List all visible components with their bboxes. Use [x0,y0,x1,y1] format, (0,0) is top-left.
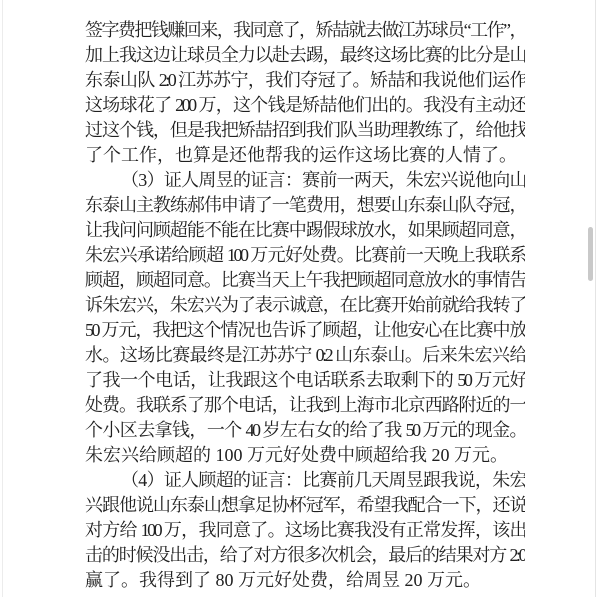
text-line: 水。这场比赛最终是江苏苏宁 0:2 山东泰山。后来朱宏兴给 [85,343,525,368]
text-line: 朱宏兴承诺给顾超 100 万元好处费。比赛前一天晚上我联系 [85,243,525,268]
text-line: 加上我这边让球员全力以赴去踢，最终这场比赛的比分是山 [85,43,525,68]
text-line: 了我一个电话，让我跟这个电话联系去取剩下的 50 万元好 [85,368,525,393]
text-line: 兴跟他说山东泰山想拿足协杯冠军，希望我配合一下，还说 [85,493,525,518]
text-line: 签字费把钱赚回来，我同意了，矫喆就去做江苏球员“工作”， [85,18,525,43]
document-viewport: 签字费把钱赚回来，我同意了，矫喆就去做江苏球员“工作”， 加上我这边让球员全力以… [0,0,600,597]
page-left-border [2,0,3,597]
text-line: 处费。我联系了那个电话，让我到上海市北京西路附近的一 [85,393,525,418]
scrollbar-thumb[interactable] [588,227,593,281]
text-line: 朱宏兴给顾超的 100 万元好处费中顾超给我 20 万元。 [85,443,525,468]
page-right-border [595,0,596,597]
text-line: 对方给 100 万，我同意了。这场比赛我没有正常发挥，该出 [85,518,525,543]
text-line: （4）证人顾超的证言：比赛前几天周昱跟我说，朱宏 [85,468,525,493]
text-line: 击的时候没出击，给了对方很多次机会，最后的结果对方 2:0 [85,543,525,568]
text-line: 50 万元，我把这个情况也告诉了顾超，让他安心在比赛中放 [85,318,525,343]
text-line: 个小区去拿钱，一个 40 岁左右女的给了我 50 万元的现金。 [85,418,525,443]
text-line: 了个工作，也算是还他帮我的运作这场比赛的人情了。 [85,143,525,168]
document-text: 签字费把钱赚回来，我同意了，矫喆就去做江苏球员“工作”， 加上我这边让球员全力以… [85,18,525,593]
text-line: 赢了。我得到了 80 万元好处费，给周昱 20 万元。 [85,568,525,593]
text-line: （3）证人周昱的证言：赛前一两天，朱宏兴说他向山 [85,168,525,193]
text-line: 让我问问顾超能不能在比赛中踢假球放水，如果顾超同意， [85,218,525,243]
text-line: 东泰山队 2:0 江苏苏宁，我们夺冠了。矫喆和我说他们运作 [85,68,525,93]
text-line: 过这个钱，但是我把矫喆招到我们队当助理教练了，给他找 [85,118,525,143]
text-line: 顾超，顾超同意。比赛当天上午我把顾超同意放水的事情告 [85,268,525,293]
text-line: 诉朱宏兴，朱宏兴为了表示诚意，在比赛开始前就给我转了 [85,293,525,318]
text-line: 这场球花了 200 万，这个钱是矫喆他们出的。我没有主动还 [85,93,525,118]
text-line: 东泰山主教练郝伟申请了一笔费用，想要山东泰山队夺冠， [85,193,525,218]
